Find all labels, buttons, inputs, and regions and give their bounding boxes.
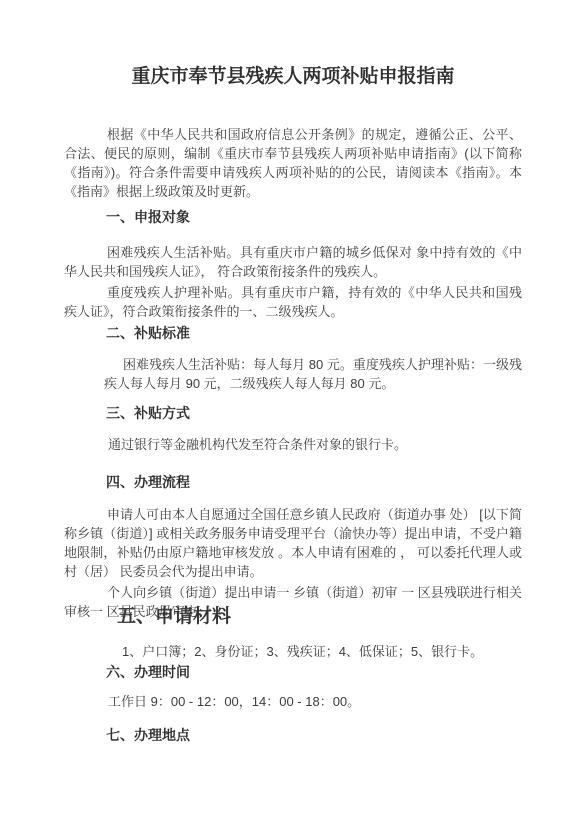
section-heading-processing-time: 六、办理时间 — [106, 662, 522, 682]
paragraph-materials-list: 1、户口簿；2、身份证；3、残疾证；4、低保证；5、银行卡。 — [64, 642, 522, 661]
document-page: 重庆市奉节县残疾人两项补贴申报指南 根据《中华人民共和国政府信息公开条例》的规定… — [0, 0, 588, 832]
document-title: 重庆市奉节县残疾人两项补贴申报指南 — [64, 64, 522, 90]
paragraph-living-subsidy-eligibility: 困难残疾人生活补贴。具有重庆市户籍的城乡低保对 象中持有效的《中华人民共和国残疾… — [64, 243, 522, 281]
paragraph-subsidy-amounts: 困难残疾人生活补贴：每人每月 80 元。重度残疾人护理补贴：一级残疾人每人每月 … — [104, 355, 522, 393]
section-heading-subsidy-method: 三、补贴方式 — [106, 403, 522, 423]
section-heading-application-targets: 一、申报对象 — [106, 207, 522, 227]
paragraph-bank-distribution: 通过银行等金融机构代发至符合条件对象的银行卡。 — [64, 435, 522, 454]
paragraph-application-channels: 申请人可由本人自愿通过全国任意乡镇人民政府（街道办事 处） [以下简称乡镇（街道… — [64, 505, 522, 581]
section-heading-subsidy-standard: 二、补贴标准 — [106, 323, 522, 343]
section-heading-processing-location: 七、办理地点 — [106, 725, 522, 745]
intro-paragraph: 根据《中华人民共和国政府信息公开条例》的规定，遵循公正、公平、合法、便民的原则，… — [64, 125, 522, 201]
section-heading-application-materials: 五、申请材料 — [117, 605, 522, 629]
section-heading-processing-flow: 四、办理流程 — [106, 472, 522, 492]
paragraph-working-hours: 工作日 9：00 - 12：00，14：00 - 18：00。 — [64, 692, 522, 711]
paragraph-nursing-subsidy-eligibility: 重度残疾人护理补贴。具有重庆市户籍，持有效的《中华人民共和国残疾人证》，符合政策… — [64, 283, 522, 321]
